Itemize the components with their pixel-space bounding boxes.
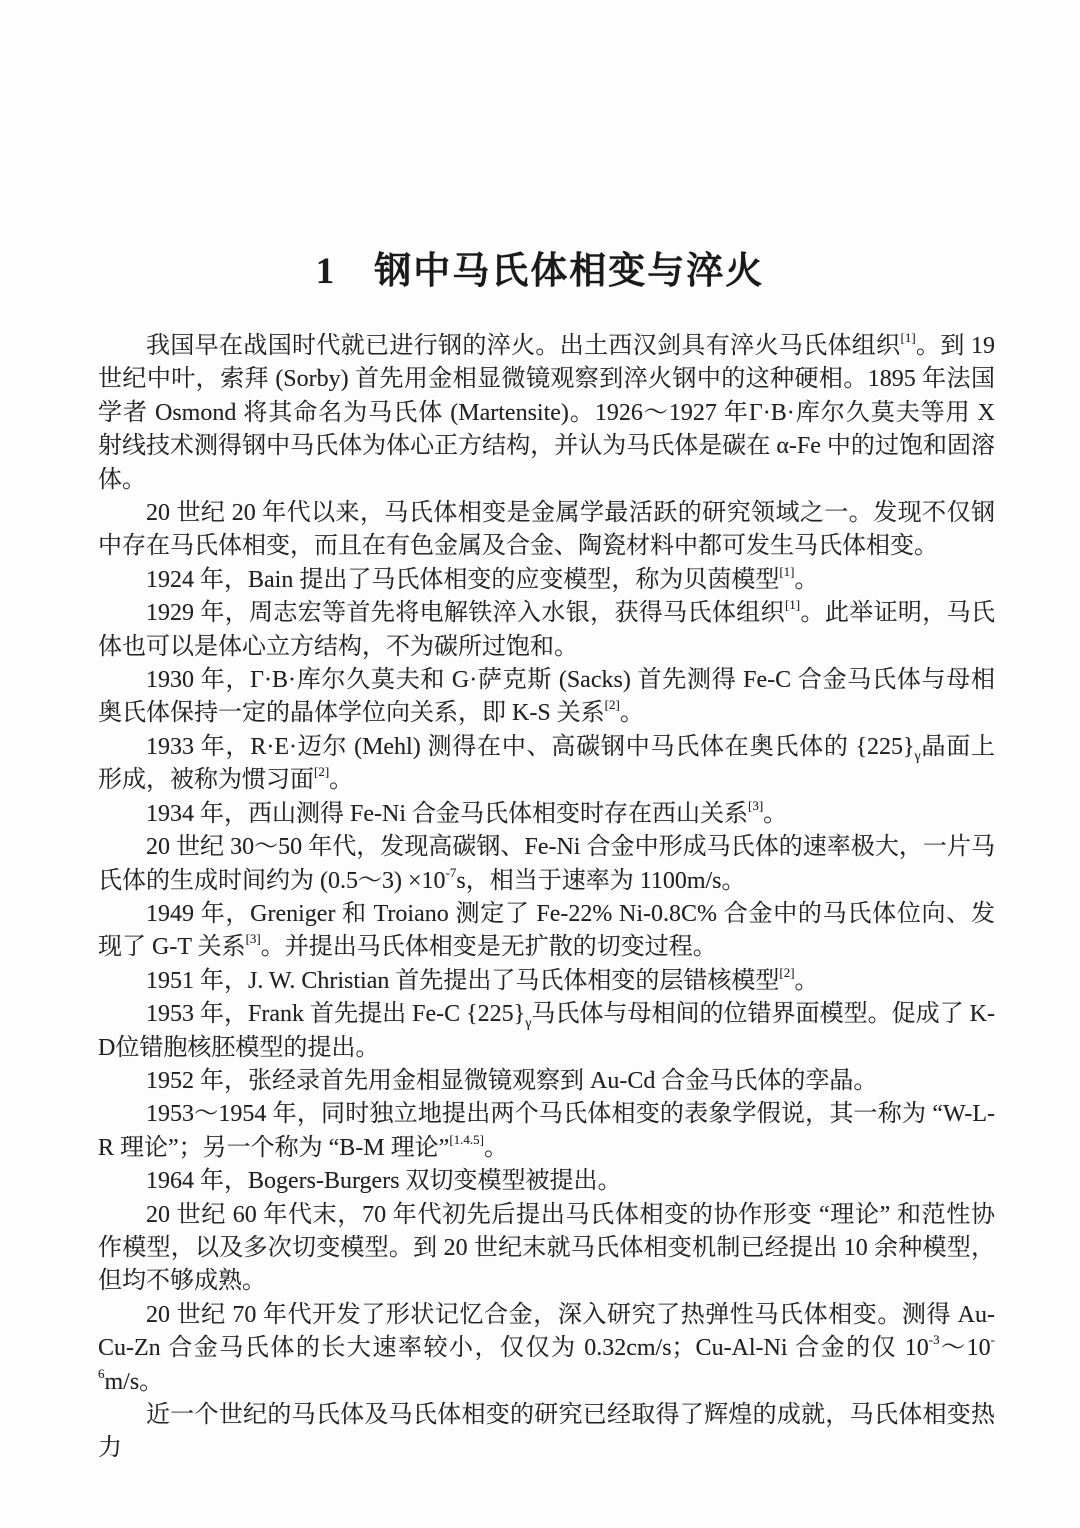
text-run: 我国早在战国时代就已进行钢的淬火。出土西汉剑具有淬火马氏体组织 (146, 333, 900, 359)
body-text: 我国早在战国时代就已进行钢的淬火。出土西汉剑具有淬火马氏体组织[1]。到 19 … (98, 330, 995, 1466)
paragraph: 1930 年，Γ·Β·库尔久莫夫和 G·萨克斯 (Sacks) 首先测得 Fe-… (98, 664, 995, 731)
paragraph: 1951 年，J. W. Christian 首先提出了马氏体相变的层错核模型[… (98, 965, 995, 998)
paragraph: 1924 年，Bain 提出了马氏体相变的应变模型，称为贝茵模型[1]。 (98, 564, 995, 597)
chapter-heading: 1钢中马氏体相变与淬火 (0, 240, 1080, 294)
reference-superscript: [2] (605, 697, 620, 712)
paragraph: 1953 年，Frank 首先提出 Fe-C {225}γ马氏体与母相间的位错界… (98, 998, 995, 1065)
text-run: 。 (763, 801, 787, 827)
paragraph: 1934 年，西山测得 Fe-Ni 合金马氏体相变时存在西山关系[3]。 (98, 798, 995, 831)
chapter-number: 1 (316, 250, 335, 293)
text-run: 。 (795, 567, 819, 593)
text-run: 20 世纪 60 年代末，70 年代初先后提出马氏体相变的协作形变 “理论” 和… (98, 1202, 995, 1295)
reference-superscript: -3 (929, 1332, 940, 1347)
reference-superscript: [2] (314, 764, 329, 779)
text-run: 1953 年，Frank 首先提出 Fe-C {225} (146, 1001, 525, 1027)
paragraph: 20 世纪 60 年代末，70 年代初先后提出马氏体相变的协作形变 “理论” 和… (98, 1199, 995, 1299)
text-run: 1951 年，J. W. Christian 首先提出了马氏体相变的层错核模型 (146, 968, 779, 994)
text-run: 1952 年，张经录首先用金相显微镜观察到 Au-Cd 合金马氏体的孪晶。 (146, 1068, 877, 1094)
paragraph: 1949 年，Greniger 和 Troiano 测定了 Fe-22% Ni-… (98, 898, 995, 965)
text-run: 20 世纪 70 年代开发了形状记忆合金，深入研究了热弹性马氏体相变。测得 Au… (98, 1302, 995, 1361)
text-run: 。 (620, 700, 644, 726)
paragraph: 20 世纪 20 年代以来，马氏体相变是金属学最活跃的研究领域之一。发现不仅钢中… (98, 497, 995, 564)
paragraph: 1953～1954 年，同时独立地提出两个马氏体相变的表象学假说，其一称为 “W… (98, 1098, 995, 1165)
paragraph: 近一个世纪的马氏体及马氏体相变的研究已经取得了辉煌的成就，马氏体相变热力 (98, 1399, 995, 1466)
text-run: 1964 年，Bogers-Burgers 双切变模型被提出。 (146, 1168, 622, 1194)
paragraph: 20 世纪 70 年代开发了形状记忆合金，深入研究了热弹性马氏体相变。测得 Au… (98, 1299, 995, 1399)
book-page: 1钢中马氏体相变与淬火 我国早在战国时代就已进行钢的淬火。出土西汉剑具有淬火马氏… (0, 0, 1080, 1528)
reference-superscript: [2] (779, 965, 794, 980)
paragraph: 1933 年，R·E·迈尔 (Mehl) 测得在中、高碳钢中马氏体在奥氏体的 {… (98, 731, 995, 798)
reference-superscript: [1.4.5] (449, 1132, 484, 1147)
reference-superscript: [3] (748, 798, 763, 813)
text-run: 近一个世纪的马氏体及马氏体相变的研究已经取得了辉煌的成就，马氏体相变热力 (98, 1402, 995, 1461)
text-run: 。并提出马氏体相变是无扩散的切变过程。 (261, 934, 717, 960)
reference-superscript: [1] (900, 330, 915, 345)
text-run: 1933 年，R·E·迈尔 (Mehl) 测得在中、高碳钢中马氏体在奥氏体的 {… (146, 734, 914, 760)
text-run: 1929 年，周志宏等首先将电解铁淬入水银，获得马氏体组织 (146, 600, 785, 626)
paragraph: 20 世纪 30～50 年代，发现高碳钢、Fe-Ni 合金中形成马氏体的速率极大… (98, 831, 995, 898)
paragraph: 1929 年，周志宏等首先将电解铁淬入水银，获得马氏体组织[1]。此举证明，马氏… (98, 597, 995, 664)
paragraph: 我国早在战国时代就已进行钢的淬火。出土西汉剑具有淬火马氏体组织[1]。到 19 … (98, 330, 995, 497)
text-run: 。 (795, 968, 819, 994)
reference-superscript: [3] (246, 931, 261, 946)
text-run: 1934 年，西山测得 Fe-Ni 合金马氏体相变时存在西山关系 (146, 801, 748, 827)
chapter-title: 钢中马氏体相变与淬火 (374, 251, 764, 292)
reference-superscript: [1] (779, 564, 794, 579)
text-run: ～10 (940, 1335, 991, 1361)
reference-superscript: [1] (785, 597, 800, 612)
text-run: 20 世纪 20 年代以来，马氏体相变是金属学最活跃的研究领域之一。发现不仅钢中… (98, 500, 995, 559)
text-run: 。 (484, 1135, 508, 1161)
reference-superscript: -7 (446, 865, 457, 880)
text-run: 1930 年，Γ·Β·库尔久莫夫和 G·萨克斯 (Sacks) 首先测得 Fe-… (98, 667, 995, 726)
text-run: m/s。 (105, 1369, 164, 1395)
paragraph: 1952 年，张经录首先用金相显微镜观察到 Au-Cd 合金马氏体的孪晶。 (98, 1065, 995, 1098)
paragraph: 1964 年，Bogers-Burgers 双切变模型被提出。 (98, 1165, 995, 1198)
text-run: 1924 年，Bain 提出了马氏体相变的应变模型，称为贝茵模型 (146, 567, 779, 593)
text-run: s，相当于速率为 1100m/s。 (456, 868, 745, 894)
text-run: 1953～1954 年，同时独立地提出两个马氏体相变的表象学假说，其一称为 “W… (98, 1101, 995, 1160)
text-run: 。 (329, 767, 353, 793)
